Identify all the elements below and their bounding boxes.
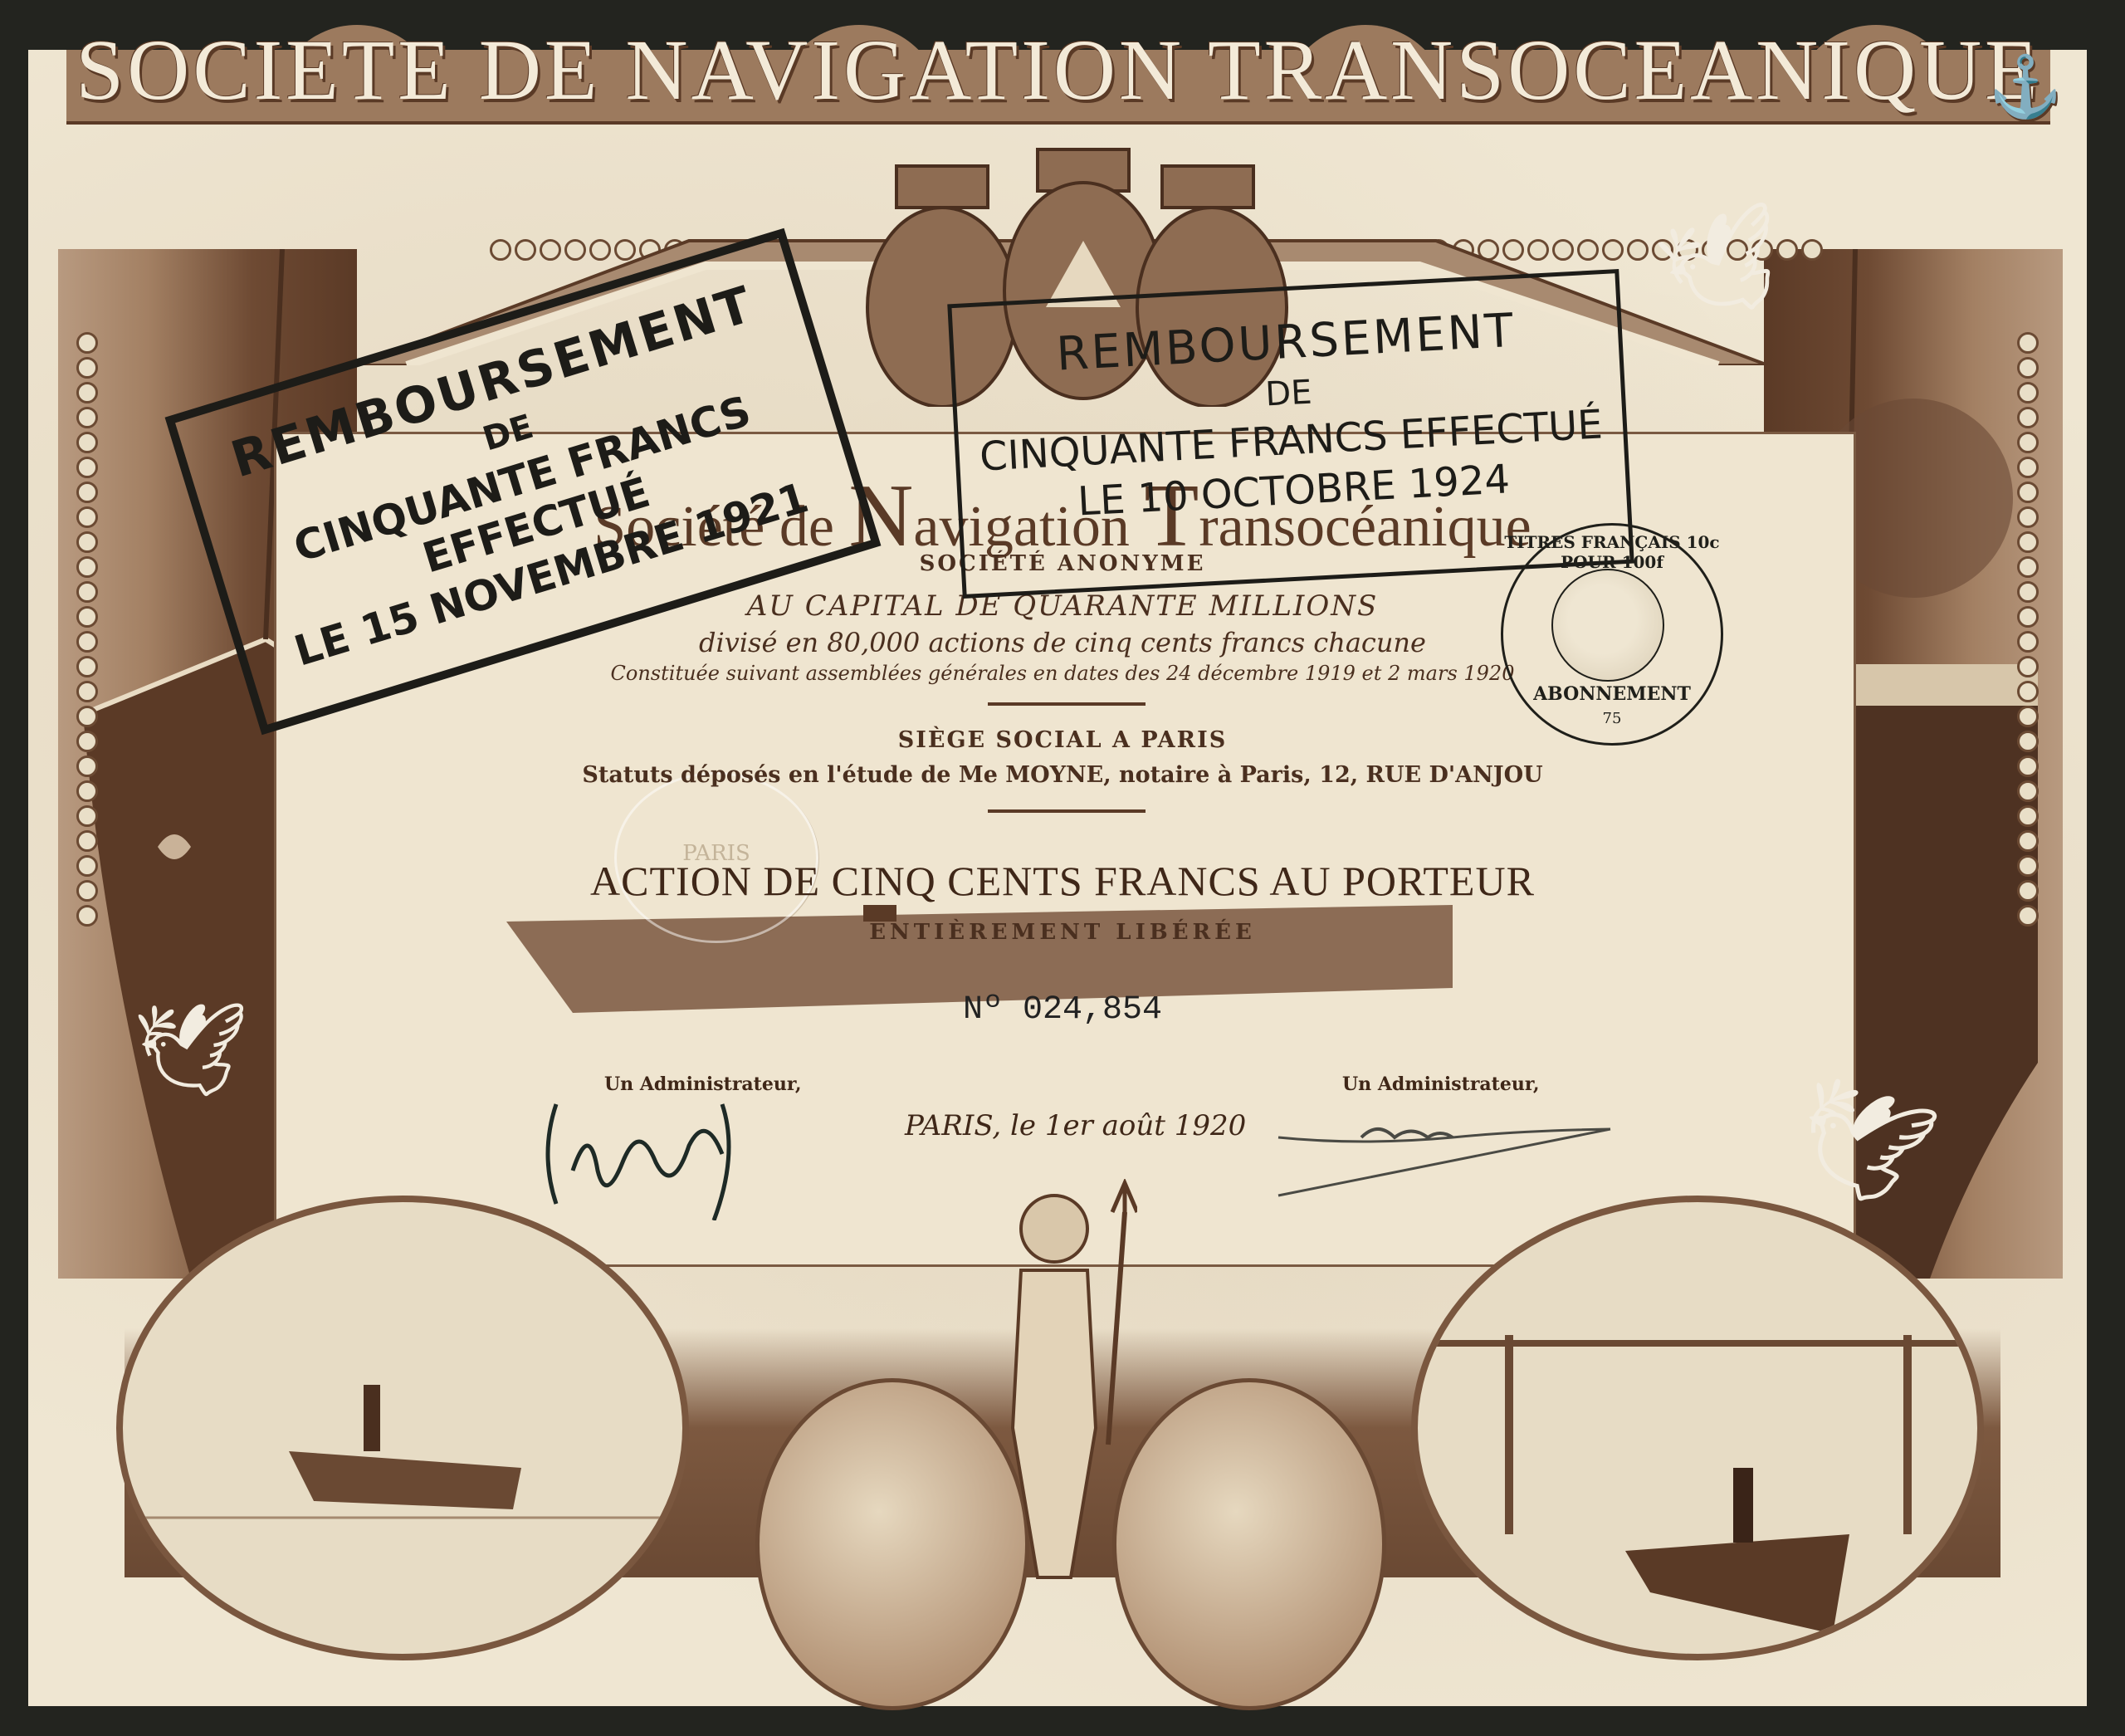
- harbor-vignette-right: [1411, 1196, 1984, 1660]
- harbor-scene-right: [1418, 1202, 1984, 1660]
- divider: [988, 809, 1146, 813]
- signature-left: [531, 1096, 797, 1220]
- tax-stamp: TITRES FRANÇAIS 10c POUR 100f ABONNEMENT…: [1501, 523, 1723, 746]
- anchor-icon: ⚓: [1988, 51, 2063, 122]
- banner-rule: [66, 121, 2050, 125]
- globe-eurasia: [1112, 1378, 1386, 1710]
- marianne-medallion-icon: [1551, 569, 1664, 682]
- head-office: SIÈGE SOCIAL A PARIS: [0, 727, 2125, 753]
- paid-status: ENTIÈREMENT LIBÉRÉE: [0, 920, 2125, 945]
- neptune-figure: [971, 1179, 1137, 1594]
- signatory-left-label: Un Administrateur,: [604, 1073, 801, 1095]
- place-and-date: PARIS, le 1er août 1920: [905, 1109, 1246, 1142]
- seagull-icon: 🕊: [133, 996, 249, 1103]
- signature-right: [1270, 1121, 1627, 1204]
- harbor-vignette-left: [116, 1196, 689, 1660]
- divider: [988, 702, 1146, 706]
- share-number: Nº 024,854: [0, 991, 2125, 1029]
- share-type: ACTION DE CINQ CENTS FRANCS AU PORTEUR: [0, 857, 2125, 905]
- statutes-deposit: Statuts déposés en l'étude de Me MOYNE, …: [0, 762, 2125, 788]
- banner-title: SOCIETE DE NAVIGATION TRANSOCEANIQUE: [66, 17, 2050, 125]
- signatory-right-label: Un Administrateur,: [1342, 1073, 1539, 1095]
- harbor-scene-left: [123, 1202, 689, 1660]
